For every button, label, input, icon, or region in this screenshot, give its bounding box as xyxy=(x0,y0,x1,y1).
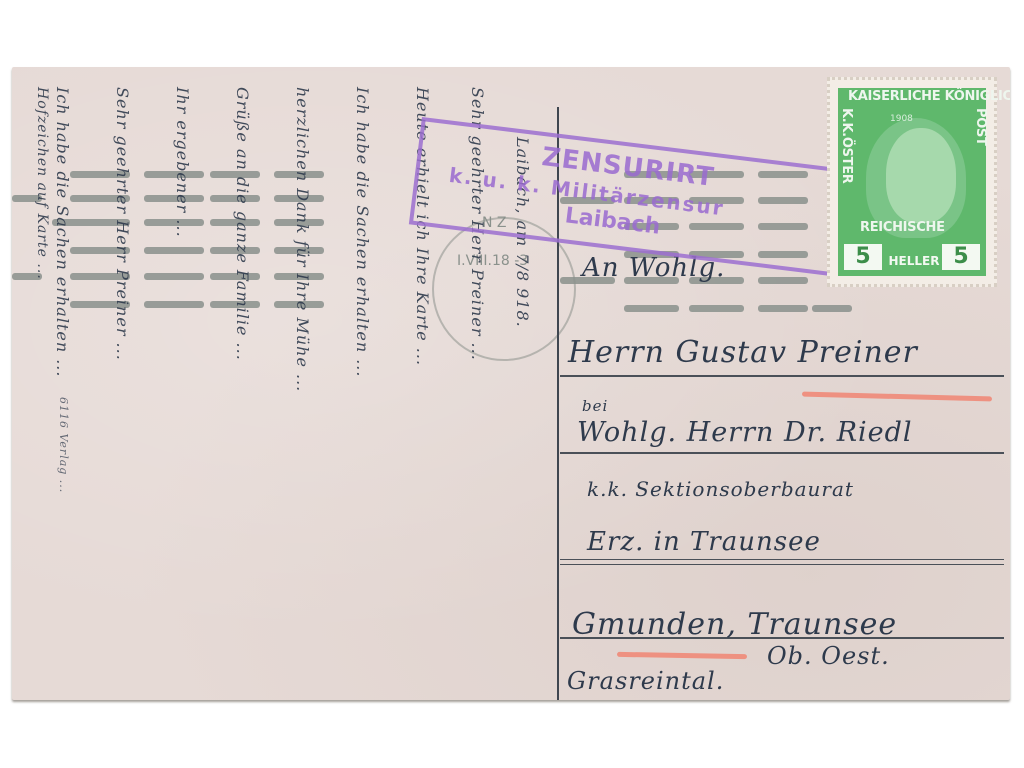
message-column: Ich habe die Sachen erhalten ... xyxy=(353,87,372,377)
address-line-3-prefix: bei xyxy=(582,397,608,415)
stamp-value-right: 5 xyxy=(942,244,980,270)
message-column: Ich habe die Sachen erhalten ... xyxy=(53,87,72,377)
stamp-value-left: 5 xyxy=(844,244,882,270)
address-line-6: Gmunden, Traunsee xyxy=(572,607,897,642)
message-column: Grüße an die ganze Familie ... xyxy=(233,87,252,361)
address-line-2: Herrn Gustav Preiner xyxy=(568,335,918,370)
stamp-denomination: HELLER xyxy=(888,254,940,268)
address-line-rule xyxy=(560,452,1004,454)
printer-mark: 6116 Verlag ... xyxy=(57,397,70,493)
message-column: Ihr ergebener ... xyxy=(173,87,192,238)
left-margin-note: Hofzeichen auf Karte ... xyxy=(34,87,50,280)
message-column: Sehr geehrter Herr Preiner ... xyxy=(113,87,132,361)
address-line-rule xyxy=(560,375,1004,377)
postage-stamp: 1908 KAISERLICHE KÖNIGLICHE K.K.ÖSTER PO… xyxy=(827,77,997,287)
stamp-design: 1908 KAISERLICHE KÖNIGLICHE K.K.ÖSTER PO… xyxy=(838,88,986,276)
emperor-head-icon xyxy=(886,128,956,223)
red-underline-town xyxy=(617,652,747,659)
stamp-year: 1908 xyxy=(890,114,913,124)
stamp-top-text: KAISERLICHE KÖNIGLICHE xyxy=(848,89,1010,104)
stamp-right-text: POST xyxy=(973,108,988,146)
address-line-6-suffix: Ob. Oest. xyxy=(767,642,890,670)
address-line-rule xyxy=(560,559,1004,565)
red-underline-name xyxy=(802,392,992,402)
postcard: N Z I.VIII.18 -3 An Wohlg. Herrn Gustav … xyxy=(12,67,1010,700)
address-line-4: k.k. Sektionsoberbaurat xyxy=(587,477,854,501)
stamp-bottom-text: REICHISCHE xyxy=(860,220,945,235)
address-line-3: Wohlg. Herrn Dr. Riedl xyxy=(577,417,913,448)
message-column: herzlichen Dank für Ihre Mühe ... xyxy=(293,87,312,392)
address-line-5: Erz. in Traunsee xyxy=(587,527,821,557)
stamp-left-text: K.K.ÖSTER xyxy=(839,108,854,184)
address-line-7: Grasreintal. xyxy=(567,667,724,695)
